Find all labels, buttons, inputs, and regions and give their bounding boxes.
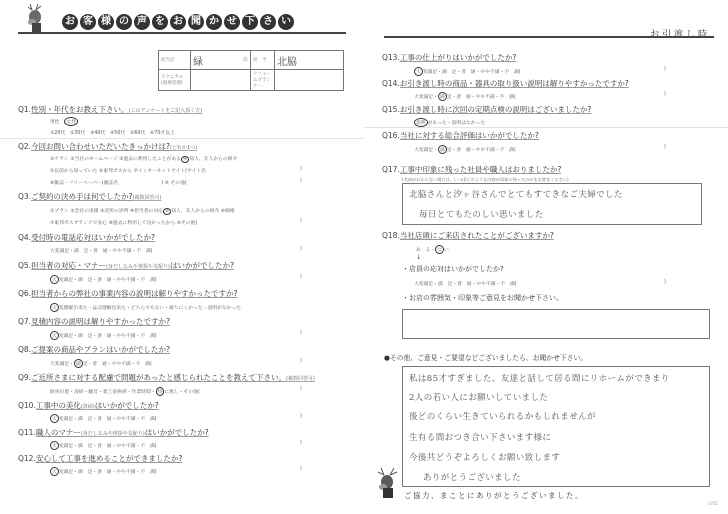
- comment-handwritten-line: ありがとうございました: [423, 471, 521, 483]
- selected-answer[interactable]: 大: [50, 331, 59, 340]
- q14-rating[interactable]: 大変満足・満足・普 通・やや不満・不 満(): [414, 92, 516, 101]
- selected-answer[interactable]: 説明: [414, 118, 428, 127]
- q3-options-row-1[interactable]: ①プラン ②会社の実績 ③近所の評判 ④担当者の対応⑤知人、友人からの紹介 ⑥価…: [50, 207, 235, 215]
- q3-options-row-2[interactable]: ⑦東邦ガスブランドで安心 ⑧過去に利用して良かったから ⑨その他(): [50, 219, 197, 226]
- selected-answer[interactable]: 大: [50, 441, 59, 450]
- title-char: さ: [260, 14, 276, 30]
- form-code: 1701: [708, 501, 718, 506]
- staff-response-rating[interactable]: 大変満足・満 足・普 通・やや不満・不 満(): [414, 280, 517, 287]
- q16-rating[interactable]: 大変満足・満足・普 通・やや不満・不 満(): [414, 145, 516, 154]
- selected-answer[interactable]: 女性: [64, 117, 78, 126]
- q1-gender-options[interactable]: 男性 女性: [50, 117, 78, 126]
- question-6: Q6.担当者からの弊社の事業内容の説明は解りやすかったですか?: [18, 288, 238, 299]
- q13-rating[interactable]: 大変満足・満 足・普 通・やや不満・不 満(): [414, 67, 521, 76]
- q5-rating[interactable]: 大変満足・満 足・普 通・やや不満・不 満(): [50, 275, 157, 284]
- other-comments-label: ●その他、ご意見・ご要望などございましたら、お聞かせ下さい。: [384, 352, 587, 362]
- title-char: 下: [242, 14, 258, 30]
- q17-comment-box[interactable]: 北脇さんと汐ヶ谷さんでとてもすてきなご夫婦でした 毎日とてもたのしい思いました: [402, 183, 702, 225]
- title-char: 客: [80, 14, 96, 30]
- comment-handwritten-line: 生有る間おつき合い下さいます様に: [409, 431, 551, 443]
- planner-value[interactable]: [275, 70, 344, 91]
- q17-handwritten-line: 毎日とてもたのしい思いました: [419, 208, 544, 220]
- q2-options-row-2[interactable]: ⑤以前から知っていた ⑥東邦ガスから ⑦インターネットサイト(サイト名): [50, 167, 206, 174]
- question-18: Q18.当社店頭にご来店されたことがございますか?: [382, 230, 554, 241]
- question-2: Q2.今回お問い合わせいただいたきっかけは?(どれか1つ): [18, 141, 197, 152]
- question-14: Q14.お引き渡し時の商品・器具の取り扱い説明は解りやすかったですか?: [382, 78, 629, 89]
- down-arrow-icon: ↓: [416, 254, 421, 261]
- q7-rating[interactable]: 大変満足・満 足・普 通・やや不満・不 満(): [50, 331, 157, 340]
- selected-answer[interactable]: ⑤: [163, 208, 171, 215]
- question-5: Q5.担当者の対応・マナー(身だしなみや挨拶や気配り)はいかがでしたか?: [18, 260, 234, 271]
- question-7: Q7.見積内容の説明は解りやすかったですか?: [18, 316, 170, 327]
- store-value[interactable]: 緑店: [191, 51, 251, 70]
- scan-fold-line: [364, 127, 728, 128]
- atmosphere-comment-box[interactable]: [402, 309, 710, 339]
- selected-answer[interactable]: 大: [50, 414, 59, 423]
- rep-label: 担 当: [251, 51, 275, 70]
- technical-value[interactable]: [191, 70, 251, 91]
- q17-handwritten-line: 北脇さんと汐ヶ谷さんでとてもすてきなご夫婦でした: [409, 188, 623, 200]
- q9-options[interactable]: 駐車位置・清掃・騒音・着工前挨拶・作業時間・特に無し・その他(): [50, 387, 200, 396]
- other-comments-box[interactable]: 私は85才すぎました、友達と話して居る間にリホームができまり 2人の若い人にお願…: [402, 366, 710, 487]
- title-char: い: [278, 14, 294, 30]
- selected-answer[interactable]: 満: [438, 92, 447, 101]
- comment-handwritten-line: 2人の若い人にお願いしていました: [409, 391, 548, 403]
- technical-label: テクニカル(現場管理): [159, 70, 191, 91]
- q8-rating[interactable]: 大変満足・満足・普 通・やや不満・不 満(): [50, 359, 152, 368]
- selected-answer[interactable]: 大: [414, 67, 423, 76]
- q15-rating[interactable]: 説明があった・説明はなかった: [414, 118, 485, 127]
- comment-handwritten-line: 後どのくらい生きていられるかもしれませんが: [409, 410, 596, 422]
- selected-answer[interactable]: 大: [50, 275, 59, 284]
- rep-value[interactable]: 北脇: [275, 51, 344, 70]
- question-13: Q13.工事の仕上がりはいかがでしたか?: [382, 52, 516, 63]
- question-8: Q8.ご提案の商品やプランはいかがでしたか?: [18, 344, 170, 355]
- title-char: 様: [98, 14, 114, 30]
- right-page: お引渡し時 Q13.工事の仕上がりはいかがでしたか? 大変満足・満 足・普 通・…: [364, 0, 728, 514]
- q2-options-row-3[interactable]: ⑧雑誌・フリーペーパー(雑誌名 ) ⑨ その他(): [50, 179, 187, 186]
- q18-rating[interactable]: あ る・ない: [416, 245, 449, 254]
- question-1: Q1.性別・年代をお教え下さい。(このアンケートをご記入頂く方): [18, 104, 202, 115]
- question-11: Q11.職人のマナー(身だしなみや挨拶や気配り)はいかがでしたか?: [18, 427, 209, 438]
- question-9: Q9.ご近所さまに対する配慮で問題があったと感じられたことを教えて下さい。(複数…: [18, 372, 315, 383]
- section-title-handover: お引渡し時: [650, 27, 710, 40]
- title-char: を: [152, 14, 168, 30]
- question-12: Q12.安心して工事を進めることができましたか?: [18, 453, 182, 464]
- title-char: 声: [134, 14, 150, 30]
- thank-you-message: ご協力、まことにありがとうございました。: [404, 490, 584, 501]
- scan-fold-line: [0, 138, 364, 139]
- title-char: せ: [224, 14, 240, 30]
- comment-handwritten-line: 私は85才すぎました、友達と話して居る間にリホームができまり: [409, 372, 670, 384]
- selected-answer[interactable]: 大: [50, 303, 59, 312]
- deer-mascot-icon: [24, 2, 52, 32]
- selected-answer[interactable]: 満: [74, 359, 83, 368]
- title-divider: [18, 32, 346, 34]
- question-3: Q3.ご契約の決め手は何でしたか?(複数回答可): [18, 191, 161, 202]
- question-16: Q16.当社に対する総合評価はいかがでしたか?: [382, 130, 539, 141]
- survey-title: お 客 様 の 声 を お 聞 か せ 下 さ い: [62, 14, 294, 30]
- question-4: Q4.受付時の電話応対はいかがでしたか?: [18, 232, 155, 243]
- q11-rating[interactable]: 大変満足・満 足・普 通・やや不満・不 満(): [50, 441, 157, 450]
- question-15: Q15.お引き渡し時に次回の定期点検の説明はございましたか?: [382, 104, 591, 115]
- comment-handwritten-line: 今後共どうぞよろしくお願い致します: [409, 451, 560, 463]
- q4-rating[interactable]: 大変満足・満 足・普 通・やや不満・不 満(): [50, 247, 153, 254]
- q6-rating[interactable]: 大変理解出来た・ほぼ理解出来た・どちらでもない・解りにくかった・説明がなかった: [50, 303, 241, 312]
- question-10: Q10.工事中の美化(清掃)はいかがでしたか?: [18, 400, 159, 411]
- selected-answer[interactable]: な: [435, 245, 444, 254]
- q2-options-row-1[interactable]: ①チラシ ②当社のホームページ ③過去に利用したことがある④知人、友人からの紹介: [50, 155, 237, 163]
- staff-table: 担当店 緑店 担 当 北脇 テクニカル(現場管理) リフォームプランナー: [158, 50, 344, 91]
- selected-answer[interactable]: 大: [50, 467, 59, 476]
- q12-rating[interactable]: 大変満足・満 足・普 通・やや不満・不 満(): [50, 467, 157, 476]
- title-char: の: [116, 14, 132, 30]
- question-17: Q17.工事中印象に残った社員や職人はおりましたか?: [382, 164, 561, 175]
- store-label: 担当店: [159, 51, 191, 70]
- selected-answer[interactable]: 満: [438, 145, 447, 154]
- planner-label: リフォームプランナー: [251, 70, 275, 91]
- deer-mascot-icon: [376, 466, 402, 498]
- q1-age-options[interactable]: ①20代 ②30代 ③40代 ④50代 ⑤60代 ⑥70才以上: [50, 129, 175, 136]
- title-char: 聞: [188, 14, 204, 30]
- left-page: お 客 様 の 声 を お 聞 か せ 下 さ い 担当店 緑店 担 当 北脇 …: [0, 0, 364, 514]
- section-divider: [384, 36, 714, 38]
- title-char: お: [170, 14, 186, 30]
- title-char: か: [206, 14, 222, 30]
- atmosphere-label: ・お店の雰囲気・印象等ご意見をお聞かせ下さい。: [402, 293, 563, 303]
- title-char: お: [62, 14, 78, 30]
- q10-rating[interactable]: 大変満足・満 足・普 通・やや不満・不 満(): [50, 414, 157, 423]
- staff-response-label: ・店員の応対はいかがでしたか?: [402, 264, 504, 274]
